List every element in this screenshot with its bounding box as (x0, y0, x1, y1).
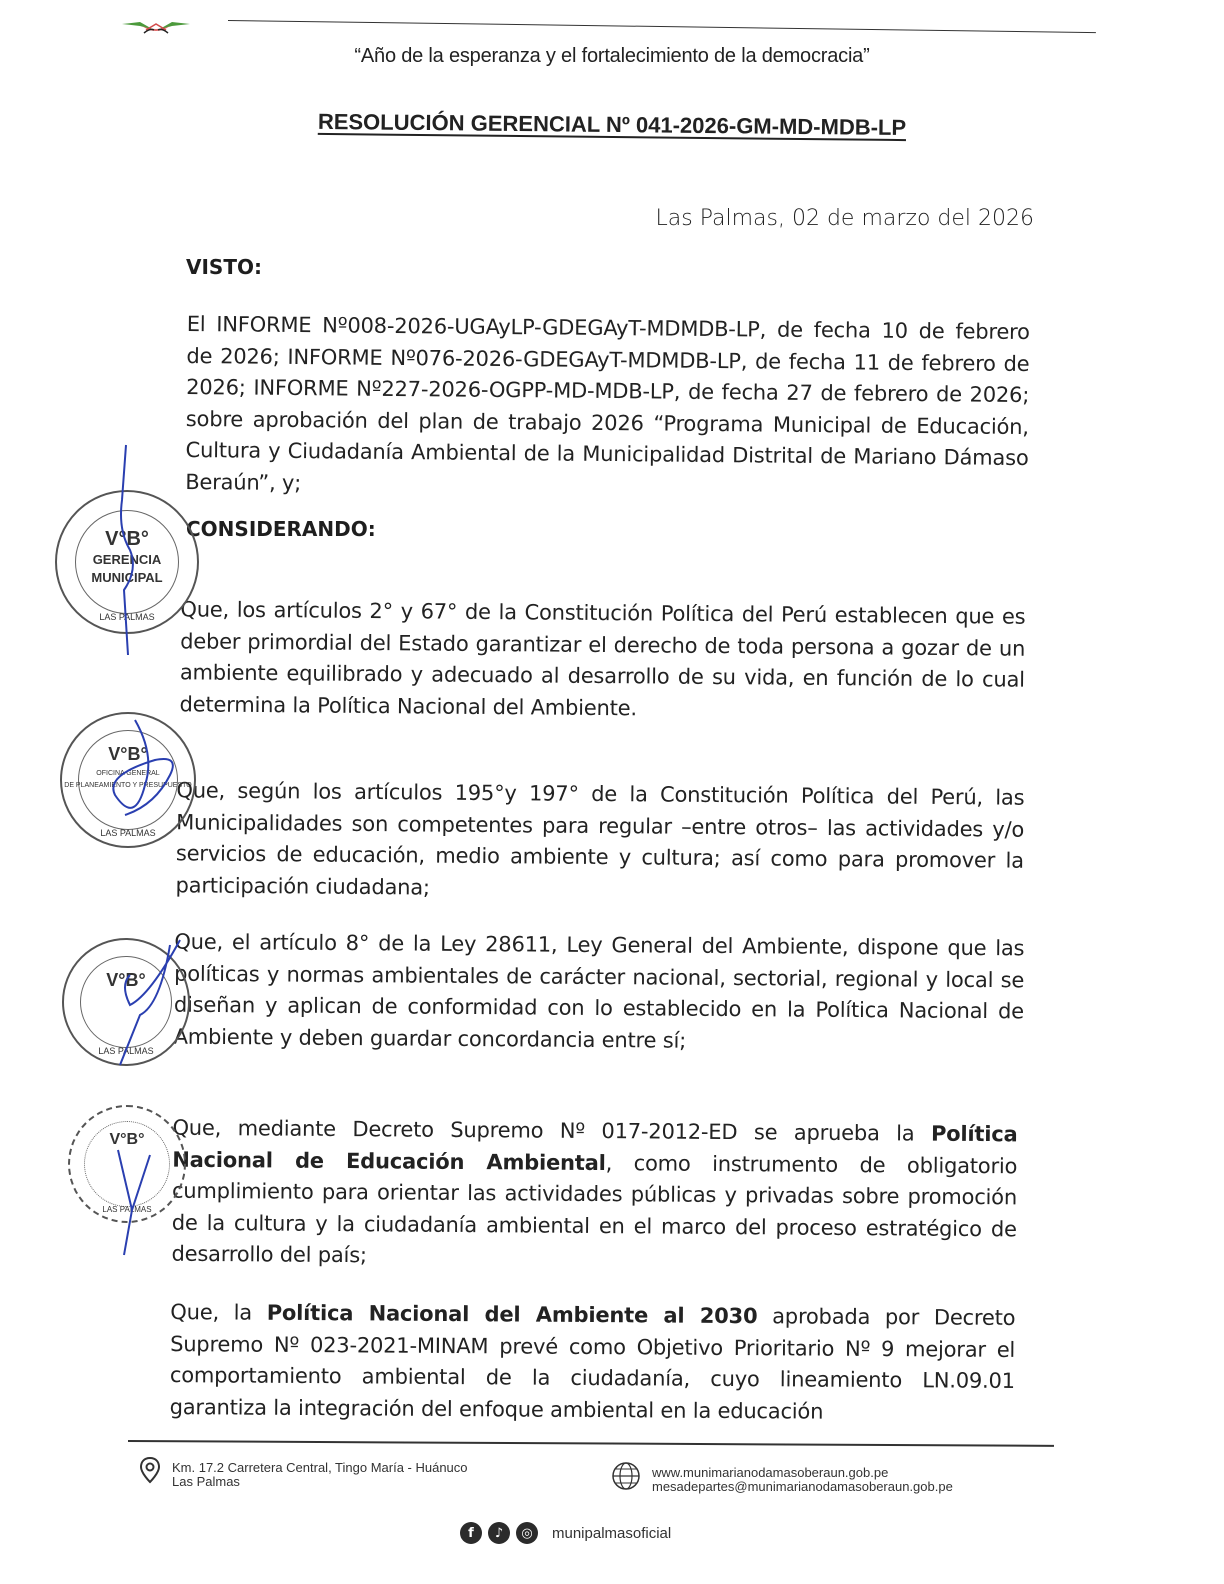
considerando-paragraph-5: Que, la Política Nacional del Ambiente a… (170, 1297, 1016, 1429)
footer-address: Km. 17.2 Carretera Central, Tingo María … (172, 1461, 468, 1489)
considerando-paragraph-4: Que, mediante Decreto Supremo Nº 017-201… (171, 1113, 1017, 1277)
footer-divider (128, 1440, 1054, 1447)
considerando-paragraph-2: Que, según los artículos 195°y 197° de l… (175, 775, 1024, 908)
resolution-title: RESOLUCIÓN GERENCIAL Nº 041-2026-GM-MD-M… (0, 106, 1224, 145)
location-pin-icon (138, 1456, 162, 1486)
header-divider (228, 20, 1096, 33)
social-links: f ♪ ◎ munipalmasoficial (460, 1522, 671, 1544)
considerando-heading: CONSIDERANDO: (186, 517, 376, 541)
facebook-icon[interactable]: f (460, 1522, 482, 1544)
website-link[interactable]: www.munimarianodamasoberaun.gob.pe (652, 1466, 953, 1480)
signature-icon (110, 935, 190, 1075)
year-motto: “Año de la esperanza y el fortalecimient… (0, 45, 1224, 68)
visto-paragraph: El INFORME Nº008-2026-UGAyLP-GDEGAyT-MDM… (185, 309, 1030, 506)
bold-policy-name: Política Nacional del Ambiente al 2030 (267, 1301, 758, 1328)
footer-contact: www.munimarianodamasoberaun.gob.pe mesad… (652, 1466, 953, 1494)
signature-icon (95, 715, 195, 835)
email-link[interactable]: mesadepartes@munimarianodamasoberaun.gob… (652, 1480, 953, 1494)
signature-icon (108, 440, 148, 660)
municipal-logo-icon (120, 16, 192, 38)
considerando-paragraph-3: Que, el artículo 8° de la Ley 28611, Ley… (174, 927, 1025, 1060)
social-handle: munipalmasoficial (552, 1525, 671, 1542)
instagram-icon[interactable]: ◎ (516, 1522, 538, 1544)
visto-heading: VISTO: (186, 255, 262, 279)
globe-icon (610, 1460, 642, 1492)
considerando-paragraph-1: Que, los artículos 2° y 67° de la Consti… (179, 594, 1025, 727)
tiktok-icon[interactable]: ♪ (488, 1522, 510, 1544)
signature-icon (110, 1140, 160, 1260)
date-line: Las Palmas, 02 de marzo del 2026 (656, 206, 1034, 231)
